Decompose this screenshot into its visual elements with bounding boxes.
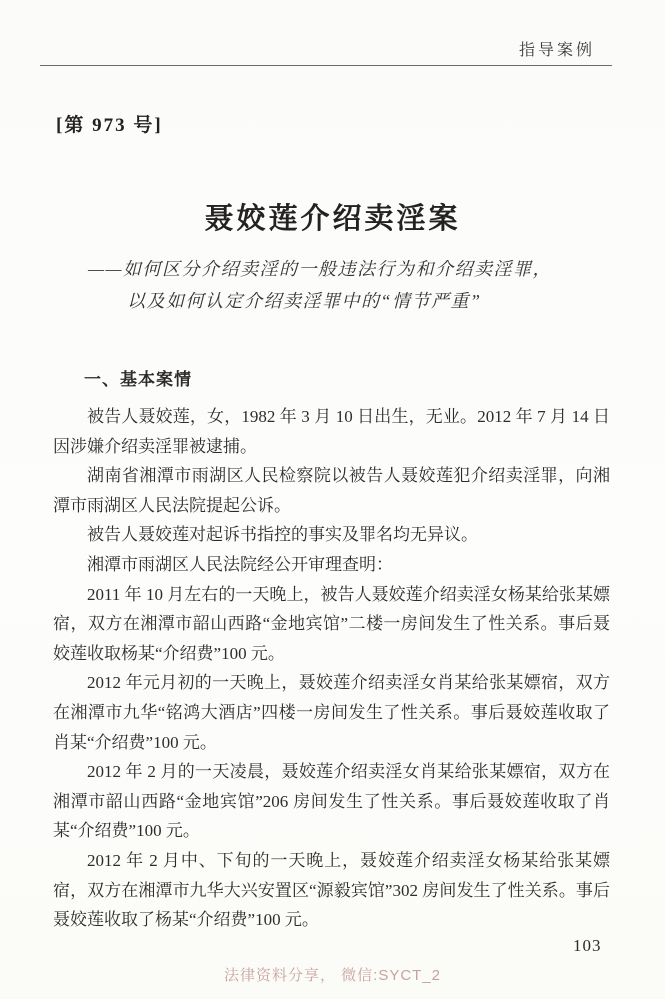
running-header: 指导案例 [519, 37, 595, 60]
case-number: [第 973 号] [56, 110, 163, 137]
header-rule [40, 65, 612, 66]
paragraph: 2012 年 2 月中、下旬的一天晚上，聂姣莲介绍卖淫女杨某给张某嫖宿，双方在湘… [53, 846, 610, 935]
paragraph: 湖南省湘潭市雨湖区人民检察院以被告人聂姣莲犯介绍卖淫罪，向湘潭市雨湖区人民法院提… [53, 461, 610, 520]
paragraph: 被告人聂姣莲对起诉书指控的事实及罪名均无异议。 [53, 520, 610, 550]
subtitle-line-2: 以及如何认定介绍卖淫罪中的“情节严重” [127, 287, 482, 313]
subtitle-line-1: ——如何区分介绍卖淫的一般违法行为和介绍卖淫罪， [88, 255, 552, 281]
case-title: 聂姣莲介绍卖淫案 [0, 196, 665, 237]
paragraph: 2012 年元月初的一天晚上，聂姣莲介绍卖淫女肖某给张某嫖宿，双方在湘潭市九华“… [53, 668, 610, 757]
paragraph: 2012 年 2 月的一天凌晨，聂姣莲介绍卖淫女肖某给张某嫖宿，双方在湘潭市韶山… [53, 757, 610, 846]
section-heading: 一、基本案情 [84, 365, 192, 390]
paragraph: 湘潭市雨湖区人民法院经公开审理查明： [53, 550, 610, 580]
paragraph: 被告人聂姣莲，女，1982 年 3 月 10 日出生，无业。2012 年 7 月… [53, 402, 610, 461]
document-page: 指导案例 [第 973 号] 聂姣莲介绍卖淫案 ——如何区分介绍卖淫的一般违法行… [0, 0, 665, 999]
case-facts: 被告人聂姣莲，女，1982 年 3 月 10 日出生，无业。2012 年 7 月… [53, 402, 610, 935]
paragraph: 2011 年 10 月左右的一天晚上，被告人聂姣莲介绍卖淫女杨某给张某嫖宿，双方… [53, 580, 610, 669]
page-number: 103 [573, 936, 602, 956]
watermark: 法律资料分享， 微信:SYCT_2 [0, 964, 665, 985]
